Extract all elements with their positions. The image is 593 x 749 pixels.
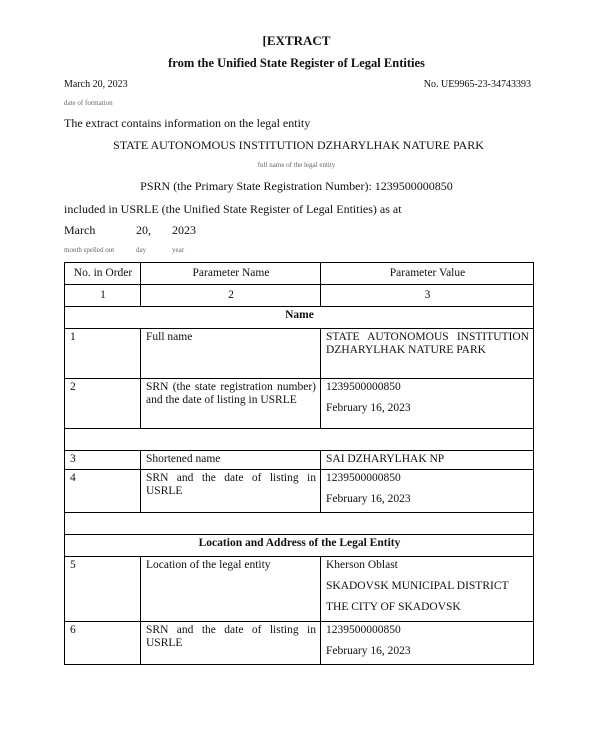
table-row: 4 SRN and the date of listing in USRLE 1…	[65, 470, 534, 513]
value-line: Kherson Oblast	[326, 559, 529, 572]
header-parameter-value: Parameter Value	[321, 263, 534, 285]
month-caption: month spelled out	[64, 246, 114, 254]
row-no: 2	[65, 379, 141, 429]
column-number: 2	[141, 285, 321, 307]
formation-date: March 20, 2023	[64, 79, 128, 90]
value-line: 1239500000850	[326, 624, 529, 637]
spacer-cell	[65, 513, 534, 535]
day-caption: day	[136, 246, 146, 254]
psrn-line: PSRN (the Primary State Registration Num…	[0, 179, 593, 194]
section-title	[65, 429, 534, 451]
as-at-month: March	[64, 223, 95, 238]
table-row: 1 Full name STATE AUTONOMOUS INSTITUTION…	[65, 329, 534, 379]
row-parameter-value: 1239500000850 February 16, 2023	[321, 379, 534, 429]
table-header-row: No. in Order Parameter Name Parameter Va…	[65, 263, 534, 285]
section-row-blank	[65, 429, 534, 451]
section-row-name: Name	[65, 307, 534, 329]
value-line: February 16, 2023	[326, 493, 529, 506]
column-number-row: 1 2 3	[65, 285, 534, 307]
row-parameter-value: 1239500000850 February 16, 2023	[321, 622, 534, 665]
table-row: 2 SRN (the state registration number) an…	[65, 379, 534, 429]
value-line: 1239500000850	[326, 381, 529, 394]
section-title: Name	[65, 307, 534, 329]
spacer-row	[65, 513, 534, 535]
table-row: 3 Shortened name SAI DZHARYLHAK NP	[65, 451, 534, 470]
value-line: SKADOVSK MUNICIPAL DISTRICT	[326, 580, 529, 593]
document-subtitle: from the Unified State Register of Legal…	[0, 56, 593, 71]
header-parameter-name: Parameter Name	[141, 263, 321, 285]
value-line: February 16, 2023	[326, 645, 529, 658]
row-parameter-name: Location of the legal entity	[141, 557, 321, 622]
section-row-location: Location and Address of the Legal Entity	[65, 535, 534, 557]
table-row: 6 SRN and the date of listing in USRLE 1…	[65, 622, 534, 665]
as-at-day: 20,	[136, 223, 151, 238]
value-line: February 16, 2023	[326, 402, 529, 415]
entity-full-name: STATE AUTONOMOUS INSTITUTION DZHARYLHAK …	[0, 138, 593, 153]
row-no: 6	[65, 622, 141, 665]
year-caption: year	[172, 246, 184, 254]
document-title: [EXTRACT	[0, 33, 593, 49]
column-number: 3	[321, 285, 534, 307]
column-number: 1	[65, 285, 141, 307]
value-line: 1239500000850	[326, 472, 529, 485]
intro-text: The extract contains information on the …	[64, 116, 310, 131]
included-line: included in USRLE (the Unified State Reg…	[64, 202, 402, 217]
row-parameter-name: SRN (the state registration number) and …	[141, 379, 321, 429]
row-parameter-name: SRN and the date of listing in USRLE	[141, 622, 321, 665]
row-parameter-name: SRN and the date of listing in USRLE	[141, 470, 321, 513]
row-no: 3	[65, 451, 141, 470]
document-number: No. UE9965-23-34743393	[424, 79, 531, 90]
formation-date-caption: date of formation	[64, 99, 113, 107]
row-no: 4	[65, 470, 141, 513]
row-parameter-name: Shortened name	[141, 451, 321, 470]
row-no: 1	[65, 329, 141, 379]
table-row: 5 Location of the legal entity Kherson O…	[65, 557, 534, 622]
row-parameter-value: Kherson Oblast SKADOVSK MUNICIPAL DISTRI…	[321, 557, 534, 622]
value-line: THE CITY OF SKADOVSK	[326, 601, 529, 614]
section-title: Location and Address of the Legal Entity	[65, 535, 534, 557]
row-parameter-name: Full name	[141, 329, 321, 379]
row-no: 5	[65, 557, 141, 622]
row-parameter-value: SAI DZHARYLHAK NP	[321, 451, 534, 470]
entity-full-name-caption: full name of the legal entity	[0, 161, 593, 169]
header-no: No. in Order	[65, 263, 141, 285]
row-parameter-value: STATE AUTONOMOUS INSTITUTION DZHARYLHAK …	[321, 329, 534, 379]
row-parameter-value: 1239500000850 February 16, 2023	[321, 470, 534, 513]
register-table: No. in Order Parameter Name Parameter Va…	[64, 262, 534, 665]
as-at-year: 2023	[172, 223, 196, 238]
